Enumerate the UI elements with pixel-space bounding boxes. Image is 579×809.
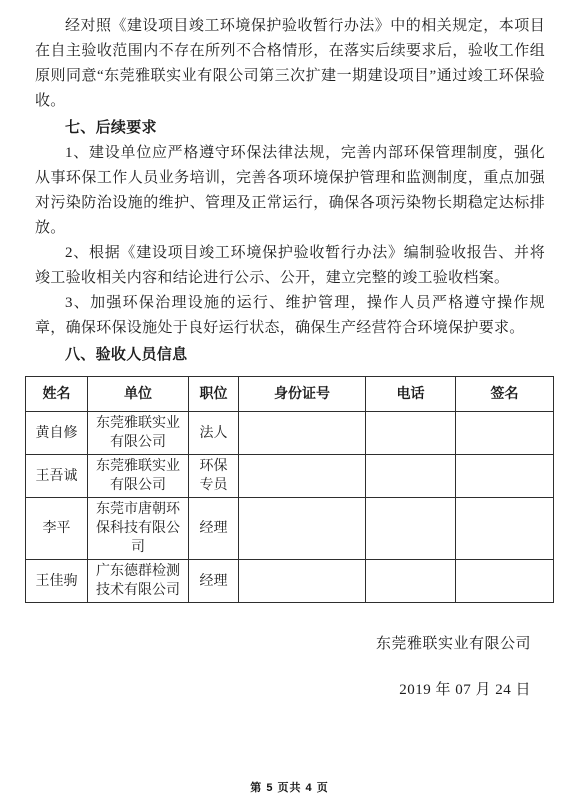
header-signature: 签名	[456, 377, 554, 412]
cell-title: 经理	[189, 560, 239, 603]
cell-phone	[366, 412, 456, 455]
cell-unit: 东莞市唐朝环保科技有限公司	[88, 498, 189, 560]
section7-item-2: 2、根据《建设项目竣工环境保护验收暂行办法》编制验收报告、并将竣工验收相关内容和…	[35, 241, 545, 291]
document-page: 经对照《建设项目竣工环境保护验收暂行办法》中的相关规定，本项目在自主验收范围内不…	[0, 0, 579, 809]
cell-signature	[456, 412, 554, 455]
cell-signature	[456, 498, 554, 560]
cell-id-number	[239, 455, 366, 498]
signature-date: 2019 年 07 月 24 日	[35, 681, 531, 699]
header-unit: 单位	[88, 377, 189, 412]
cell-signature	[456, 560, 554, 603]
table-row: 王佳驹 广东德群检测技术有限公司 经理	[26, 560, 554, 603]
cell-name: 王佳驹	[26, 560, 88, 603]
cell-unit: 东莞雅联实业有限公司	[88, 455, 189, 498]
section7-heading: 七、后续要求	[35, 116, 545, 141]
cell-id-number	[239, 560, 366, 603]
intro-paragraph: 经对照《建设项目竣工环境保护验收暂行办法》中的相关规定，本项目在自主验收范围内不…	[35, 14, 545, 114]
cell-title: 法人	[189, 412, 239, 455]
cell-phone	[366, 455, 456, 498]
header-id-number: 身份证号	[239, 377, 366, 412]
cell-name: 黄自修	[26, 412, 88, 455]
cell-unit: 广东德群检测技术有限公司	[88, 560, 189, 603]
cell-id-number	[239, 412, 366, 455]
section7-item-1: 1、建设单位应严格遵守环保法律法规，完善内部环保管理制度，强化从事环保工作人员业…	[35, 141, 545, 241]
cell-phone	[366, 498, 456, 560]
header-title: 职位	[189, 377, 239, 412]
table-row: 黄自修 东莞雅联实业有限公司 法人	[26, 412, 554, 455]
signature-company: 东莞雅联实业有限公司	[35, 635, 531, 653]
cell-phone	[366, 560, 456, 603]
cell-unit: 东莞雅联实业有限公司	[88, 412, 189, 455]
page-number-footer: 第 5 页共 4 页	[0, 779, 579, 795]
cell-id-number	[239, 498, 366, 560]
personnel-table: 姓名 单位 职位 身份证号 电话 签名 黄自修 东莞雅联实业有限公司 法人 王吾…	[25, 376, 554, 603]
table-header-row: 姓名 单位 职位 身份证号 电话 签名	[26, 377, 554, 412]
section7-item-3: 3、加强环保治理设施的运行、维护管理，操作人员严格遵守操作规章，确保环保设施处于…	[35, 291, 545, 341]
signature-block: 东莞雅联实业有限公司 2019 年 07 月 24 日	[35, 635, 545, 699]
cell-name: 王吾诚	[26, 455, 88, 498]
table-row: 李平 东莞市唐朝环保科技有限公司 经理	[26, 498, 554, 560]
table-row: 王吾诚 东莞雅联实业有限公司 环保专员	[26, 455, 554, 498]
cell-title: 经理	[189, 498, 239, 560]
cell-title: 环保专员	[189, 455, 239, 498]
section8-heading: 八、验收人员信息	[35, 343, 545, 368]
cell-name: 李平	[26, 498, 88, 560]
header-name: 姓名	[26, 377, 88, 412]
header-phone: 电话	[366, 377, 456, 412]
cell-signature	[456, 455, 554, 498]
